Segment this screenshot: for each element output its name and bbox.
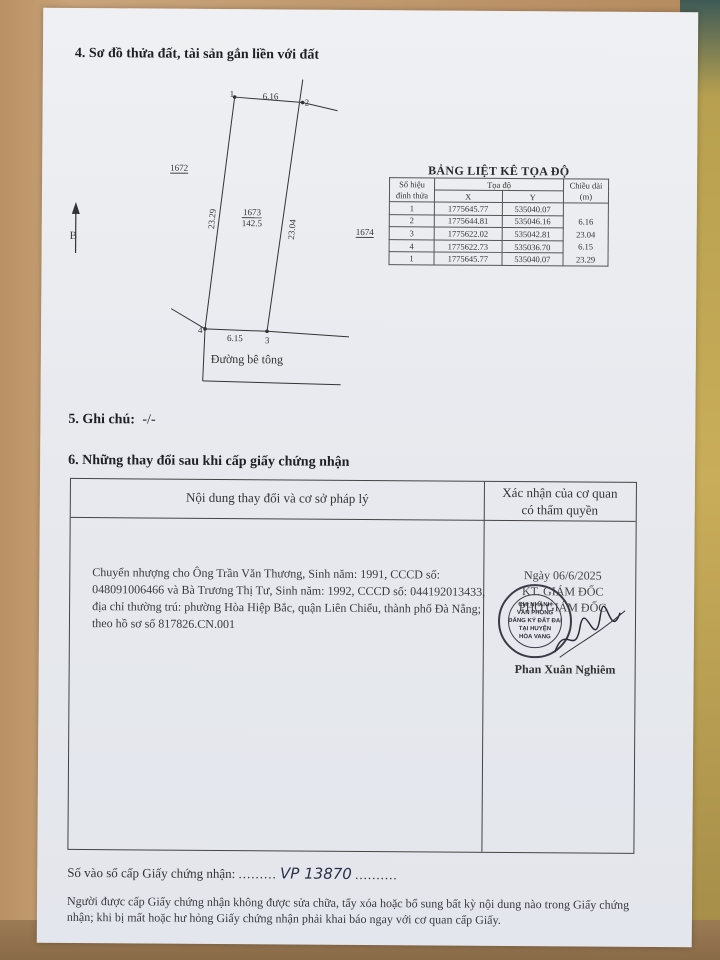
length-value: 6.16 <box>567 215 605 228</box>
vertex-2-label: 2 <box>305 98 310 108</box>
edge-left-length: 23.29 <box>206 208 218 229</box>
stamp-line: TẠI HUYỆN <box>519 625 551 633</box>
cell-vertex: 1 <box>389 252 434 265</box>
cell-x: 1775644.81 <box>434 215 502 228</box>
changes-section-title: 6. Những thay đổi sau khi cấp giấy chứng… <box>68 453 349 471</box>
edge-top-length: 6.16 <box>263 91 279 101</box>
parcel-number: 1673 <box>242 207 262 218</box>
header-right-line2: có thẩm quyền <box>484 501 636 519</box>
header-x: X <box>434 190 502 202</box>
vertex-4-label: 4 <box>198 325 203 335</box>
changes-header-left: Nội dung thay đổi và cơ sở pháp lý <box>71 489 484 508</box>
cell-vertex: 3 <box>389 227 434 240</box>
cell-x: 1775622.73 <box>434 240 502 253</box>
cell-vertex: 4 <box>389 239 434 252</box>
north-label: B <box>70 230 77 242</box>
cell-vertex: 2 <box>389 214 434 227</box>
header-y: Y <box>502 190 564 202</box>
signature-scribble <box>550 602 630 663</box>
cell-y: 535042.81 <box>502 228 564 241</box>
stamp-line: VĂN PHÒNG <box>517 609 553 617</box>
parcel-info: 1673 142.5 <box>242 207 262 228</box>
header-coords: Tọa độ <box>435 178 564 191</box>
note-value: -/- <box>142 412 155 427</box>
parcel-area: 142.5 <box>242 218 262 228</box>
length-value: 6.15 <box>567 240 605 253</box>
register-value: VP 13870 <box>280 864 352 883</box>
stamp-line: HÒA VANG <box>519 633 551 641</box>
edge-right-length: 23.04 <box>286 219 298 240</box>
road-label: Đường bê tông <box>211 352 283 368</box>
vertex-1-label: 1 <box>230 89 235 99</box>
note-section: 5. Ghi chú: -/- <box>68 412 155 429</box>
changes-header-right: Xác nhận của cơ quan có thẩm quyền <box>484 484 636 519</box>
certificate-page: 4. Sơ đồ thửa đất, tài sản gắn liền với … <box>37 8 699 948</box>
change-content: Chuyển nhượng cho Ông Trần Văn Thương, S… <box>92 564 487 635</box>
cell-x: 1775645.77 <box>434 252 502 265</box>
neighbor-parcel-west: 1672 <box>170 163 188 174</box>
note-title: 5. Ghi chú: <box>68 412 135 427</box>
coord-table: Số hiệu đỉnh thửa Tọa độ Chiều dài (m) X… <box>388 177 609 267</box>
cell-y: 535036.70 <box>502 240 564 253</box>
cell-y: 535040.07 <box>501 253 563 266</box>
cell-y: 535046.16 <box>502 215 564 228</box>
cell-x: 1775622.02 <box>434 227 502 240</box>
register-label: Số vào sổ cấp Giấy chứng nhận: <box>67 865 235 881</box>
cell-x: 1775645.77 <box>434 202 502 215</box>
header-length: Chiều dài (m) <box>563 179 608 203</box>
changes-table: Nội dung thay đổi và cơ sở pháp lý Xác n… <box>67 478 637 854</box>
header-vertex: Số hiệu đỉnh thửa <box>389 178 434 202</box>
edge-bottom-length: 6.15 <box>227 333 243 343</box>
lengths-cell: 6.16 23.04 6.15 23.29 <box>563 203 608 266</box>
signer-name: Phan Xuân Nghiêm <box>515 662 616 678</box>
header-right-line1: Xác nhận của cơ quan <box>484 484 636 502</box>
neighbor-parcel-east: 1674 <box>356 227 374 238</box>
cell-y: 535040.07 <box>502 202 564 215</box>
usage-notice: Người được cấp Giấy chứng nhận không đượ… <box>67 893 647 929</box>
length-value: 23.04 <box>567 228 605 241</box>
column-divider <box>481 482 485 852</box>
register-number-line: Số vào sổ cấp Giấy chứng nhận: .........… <box>67 863 397 883</box>
length-value: 23.29 <box>566 253 604 266</box>
stamp-line: CHI NHÁNH <box>518 601 552 609</box>
confirmation-date: Ngày 06/6/2025 <box>490 567 635 584</box>
cell-vertex: 1 <box>389 202 434 215</box>
vertex-3-label: 3 <box>265 335 270 345</box>
